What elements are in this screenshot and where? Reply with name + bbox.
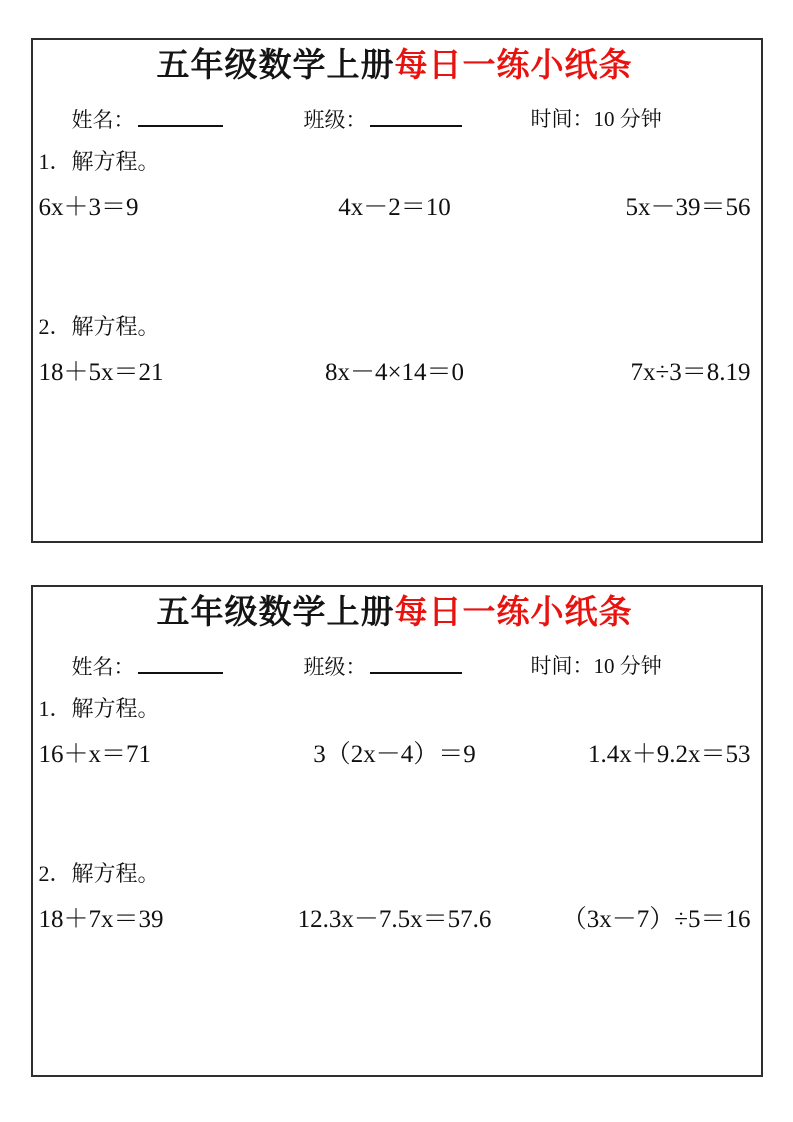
name-blank-line [138,106,223,127]
card-2-title-practice: 每日一练小纸条 [395,592,633,631]
equation: 4x－2＝10 [338,193,451,223]
equation: 1.4x＋9.2x＝53 [588,740,751,770]
card-2-title-grade: 五年级数学上册 [157,592,395,631]
class-blank-line [370,106,462,127]
card-2-name-field: 姓名： [72,653,223,680]
equation: 8x－4×14＝0 [325,358,464,388]
worksheet-page: 五年级数学上册每日一练小纸条 姓名： 班级： 时间：10 分钟 1．解方程。 6… [0,0,793,1122]
equation: 6x＋3＝9 [39,193,139,223]
card-1-name-field: 姓名： [72,106,223,133]
equation: 18＋5x＝21 [39,358,164,388]
class-label: 班级： [304,108,367,132]
equation: 12.3x－7.5x＝57.6 [298,905,492,935]
card-2-header-fields: 姓名： 班级： 时间：10 分钟 [39,653,751,679]
practice-card-2: 五年级数学上册每日一练小纸条 姓名： 班级： 时间：10 分钟 1．解方程。 1… [31,585,763,1077]
time-label: 时间：10 分钟 [531,107,662,131]
card-2-section-1-label: 1．解方程。 [39,697,751,721]
card-1-section-1-equations: 6x＋3＝9 4x－2＝10 5x－39＝56 [39,193,751,223]
time-label: 时间：10 分钟 [531,654,662,678]
card-2-title: 五年级数学上册每日一练小纸条 [39,594,751,629]
practice-card-1: 五年级数学上册每日一练小纸条 姓名： 班级： 时间：10 分钟 1．解方程。 6… [31,38,763,543]
card-1-title: 五年级数学上册每日一练小纸条 [39,47,751,82]
card-1-class-field: 班级： [304,106,462,133]
card-2-class-field: 班级： [304,653,462,680]
equation: 16＋x＝71 [39,740,152,770]
card-1-header-fields: 姓名： 班级： 时间：10 分钟 [39,106,751,132]
card-1-section-1-label: 1．解方程。 [39,150,751,174]
equation: 5x－39＝56 [625,193,750,223]
card-1-section-2-label: 2．解方程。 [39,315,751,339]
class-label: 班级： [304,655,367,679]
card-1-section-2-equations: 18＋5x＝21 8x－4×14＝0 7x÷3＝8.19 [39,358,751,388]
card-2-section-2-label: 2．解方程。 [39,862,751,886]
card-1-title-practice: 每日一练小纸条 [395,45,633,84]
name-label: 姓名： [72,108,135,132]
equation: 7x÷3＝8.19 [631,358,751,388]
card-1-time-field: 时间：10 分钟 [531,106,662,132]
name-label: 姓名： [72,655,135,679]
class-blank-line [370,653,462,674]
card-1-title-grade: 五年级数学上册 [157,45,395,84]
card-2-time-field: 时间：10 分钟 [531,653,662,679]
equation: 18＋7x＝39 [39,905,164,935]
card-2-section-2-equations: 18＋7x＝39 12.3x－7.5x＝57.6 （3x－7）÷5＝16 [39,905,751,935]
equation: （3x－7）÷5＝16 [562,905,751,935]
equation: 3（2x－4）＝9 [313,740,476,770]
name-blank-line [138,653,223,674]
card-2-section-1-equations: 16＋x＝71 3（2x－4）＝9 1.4x＋9.2x＝53 [39,740,751,770]
